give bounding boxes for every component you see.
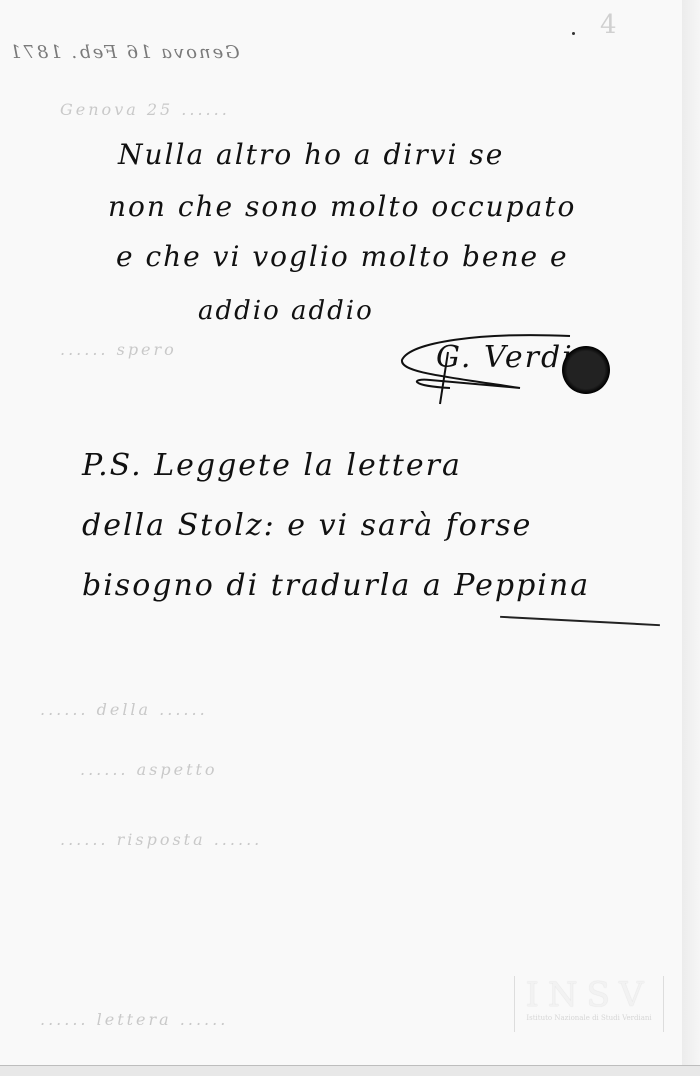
ink-speck xyxy=(572,32,575,35)
letter-page: 4 Genova 16 Feb. 1871 Genova 25 ...... .… xyxy=(0,0,684,1066)
letter-line-1: Nulla altro ho a dirvi se xyxy=(118,138,504,171)
signature-text: G. Verdi xyxy=(436,340,574,375)
underline-stroke xyxy=(500,616,660,626)
bleed-through-text: Genova 25 ...... xyxy=(60,100,230,119)
scan-edge-right xyxy=(682,0,700,1076)
postscript-line-1: P.S. Leggete la lettera xyxy=(82,448,462,483)
letter-line-3: e che vi voglio molto bene e xyxy=(116,240,569,273)
insv-watermark: INSV Istituto Nazionale di Studi Verdian… xyxy=(514,976,664,1032)
bleed-through-text: ...... della ...... xyxy=(40,700,208,719)
watermark-logo: INSV xyxy=(515,976,663,1014)
bleed-through-text: ...... spero xyxy=(60,340,177,359)
scan-edge-bottom xyxy=(0,1065,700,1076)
watermark-subtitle: Istituto Nazionale di Studi Verdiani xyxy=(515,1014,663,1022)
ink-seal-icon xyxy=(562,346,610,394)
archive-corner-mark: 4 xyxy=(600,10,617,40)
bleed-through-text: ...... risposta ...... xyxy=(60,830,262,849)
bleed-through-text: ...... lettera ...... xyxy=(40,1010,228,1029)
letter-line-4: addio addio xyxy=(198,296,374,326)
postscript-line-3: bisogno di tradurla a Peppina xyxy=(82,568,590,603)
postscript-line-2: della Stolz: e vi sarà forse xyxy=(82,508,532,543)
signature: G. Verdi xyxy=(400,332,620,412)
bleed-through-text: ...... aspetto xyxy=(80,760,218,779)
letter-line-2: non che sono molto occupato xyxy=(108,190,576,223)
date-line: Genova 16 Feb. 1871 xyxy=(8,42,240,63)
